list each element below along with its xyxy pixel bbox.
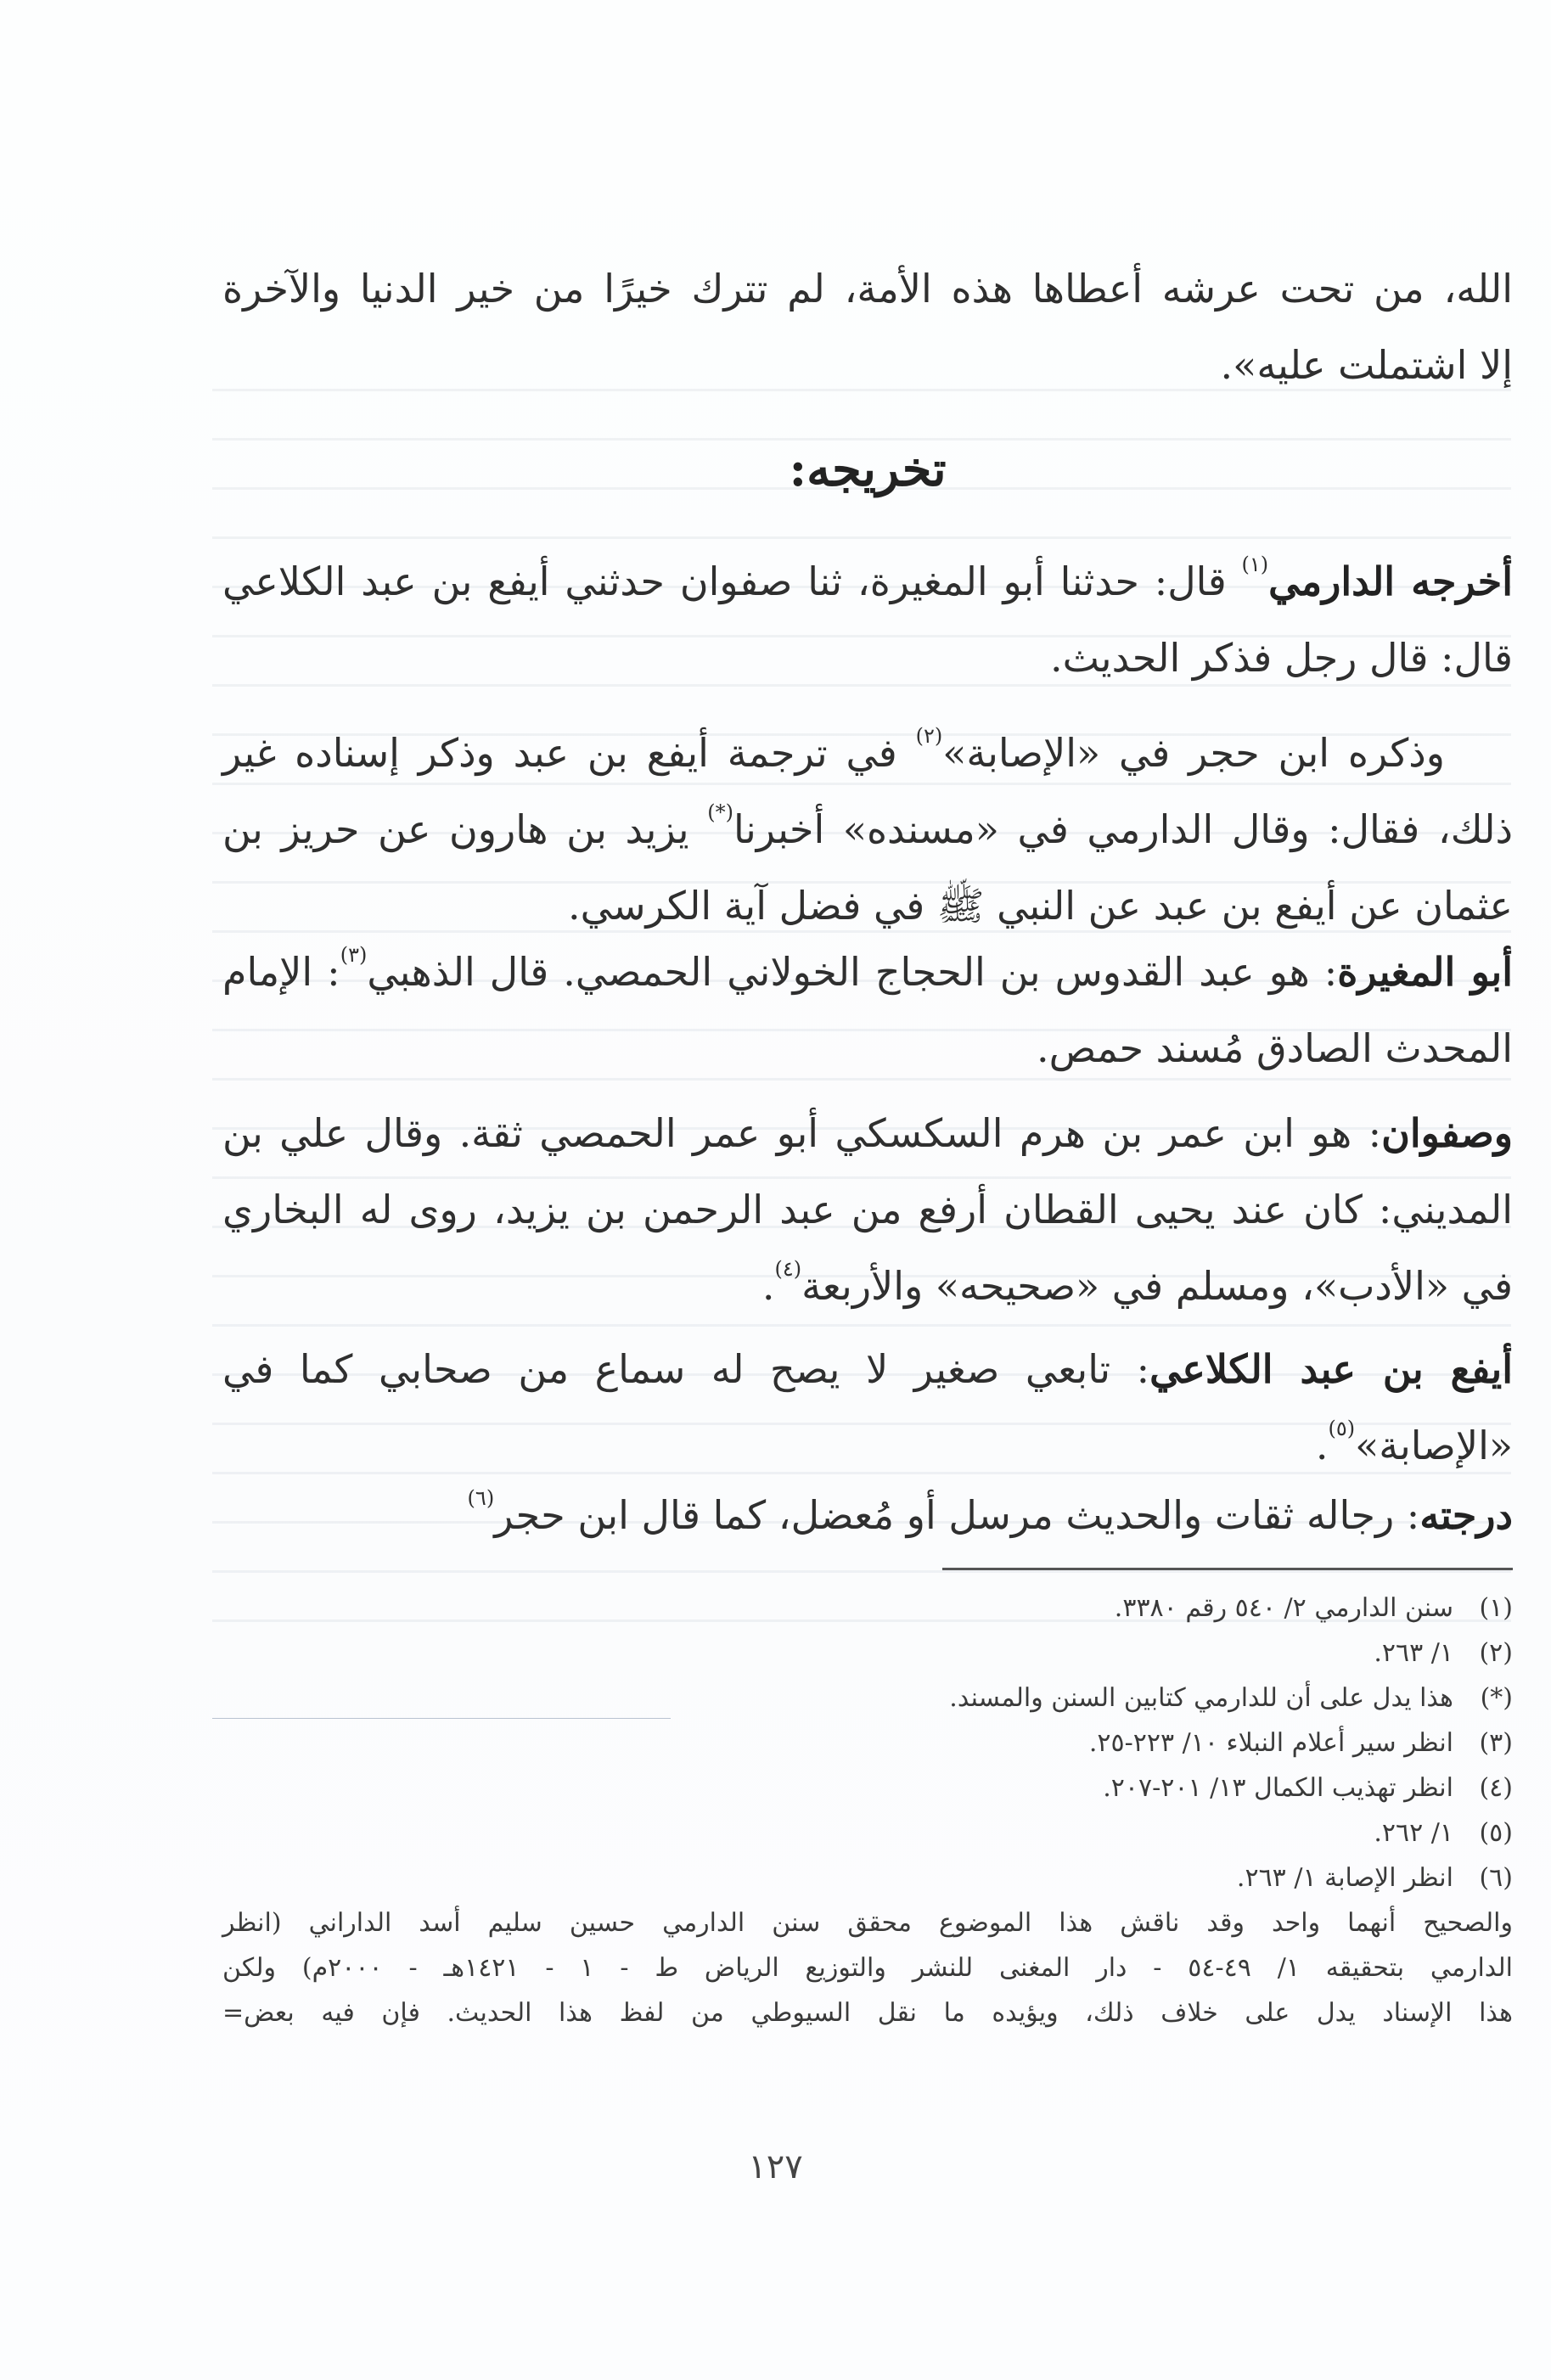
hadith-line-2: إلا اشتملت عليه». xyxy=(222,327,1513,403)
footnote-text: انظر الإصابة ١/ ٢٦٣. xyxy=(222,1855,1453,1900)
footnote-number: (*) xyxy=(1453,1676,1513,1720)
footnote-text: انظر سير أعلام النبلاء ١٠/ ٢٢٣-٢٥. xyxy=(222,1720,1453,1765)
paragraph-text: . xyxy=(762,1263,775,1309)
footnote-number: (١) xyxy=(1453,1586,1513,1631)
paragraph-lead: أخرجه الدارمي xyxy=(1268,559,1513,604)
footnote-4: (٤) انظر تهذيب الكمال ١٣/ ٢٠١-٢٠٧. xyxy=(222,1765,1513,1810)
paragraph-grade: درجته: رجاله ثقات والحديث مرسل أو مُعضل،… xyxy=(222,1477,1513,1553)
paragraph-text: . xyxy=(1316,1423,1329,1468)
footnote-text: هذا يدل على أن للدارمي كتابين السنن والم… xyxy=(222,1676,1453,1720)
paragraph-ayfa: أيفع بن عبد الكلاعي: تابعي صغير لا يصح ل… xyxy=(222,1331,1513,1484)
hadith-continuation: الله، من تحت عرشه أعطاها هذه الأمة، لم ت… xyxy=(222,250,1513,403)
footnote-text: ١/ ٢٦٢. xyxy=(222,1810,1453,1855)
footnote-number: (٦) xyxy=(1453,1855,1513,1900)
paragraph-ibn-hajar: وذكره ابن حجر في «الإصابة»(٢) في ترجمة أ… xyxy=(222,715,1513,944)
footnote-5: (٥) ١/ ٢٦٢. xyxy=(222,1810,1513,1855)
footnote-asterisk: (*) هذا يدل على أن للدارمي كتابين السنن … xyxy=(222,1676,1513,1720)
paragraph-abu-al-mughira: أبو المغيرة: هو عبد القدوس بن الحجاج الخ… xyxy=(222,934,1513,1086)
footnote-ref[interactable]: (٢) xyxy=(916,724,943,748)
paragraph-lead: وصفوان xyxy=(1381,1110,1513,1156)
paragraph-lead: درجته xyxy=(1419,1492,1513,1538)
footnote-text: سنن الدارمي ٢/ ٥٤٠ رقم ٣٣٨٠. xyxy=(222,1586,1453,1631)
section-heading: تخريجه: xyxy=(222,441,1513,497)
footnote-ref[interactable]: (٦) xyxy=(468,1486,495,1510)
footnote-2: (٢) ١/ ٢٦٣. xyxy=(222,1631,1513,1676)
hadith-line-1: الله، من تحت عرشه أعطاها هذه الأمة، لم ت… xyxy=(222,250,1513,327)
footnote-number: (٤) xyxy=(1453,1765,1513,1810)
paragraph-lead: أبو المغيرة xyxy=(1337,949,1513,995)
footnote-ref[interactable]: (*) xyxy=(707,800,733,824)
footnote-separator xyxy=(942,1568,1513,1570)
footnote-continuation-line-3: هذا الإسناد يدل على خلاف ذلك، ويؤيده ما … xyxy=(222,1990,1513,2035)
book-page: الله، من تحت عرشه أعطاها هذه الأمة، لم ت… xyxy=(0,0,1551,2380)
page-number: ١٢٧ xyxy=(0,2147,1551,2186)
footnote-6: (٦) انظر الإصابة ١/ ٢٦٣. xyxy=(222,1855,1513,1900)
paragraph-text: : هو عبد القدوس بن الحجاج الخولاني الحمص… xyxy=(367,949,1337,995)
footnote-1: (١) سنن الدارمي ٢/ ٥٤٠ رقم ٣٣٨٠. xyxy=(222,1586,1513,1631)
footnote-continuation-line-1: والصحيح أنهما واحد وقد ناقش هذا الموضوع … xyxy=(222,1900,1513,1945)
paragraph-text: وذكره ابن حجر في «الإصابة» xyxy=(942,730,1445,776)
footnote-text: انظر تهذيب الكمال ١٣/ ٢٠١-٢٠٧. xyxy=(222,1765,1453,1810)
footnote-ref[interactable]: (٤) xyxy=(775,1257,802,1281)
paragraph-text: : رجاله ثقات والحديث مرسل أو مُعضل، كما … xyxy=(494,1492,1419,1538)
footnote-ref[interactable]: (٣) xyxy=(340,943,368,967)
footnote-text: ١/ ٢٦٣. xyxy=(222,1631,1453,1676)
footnote-number: (٢) xyxy=(1453,1631,1513,1676)
paragraph-lead: أيفع بن عبد الكلاعي xyxy=(1149,1346,1513,1392)
footnote-ref[interactable]: (١) xyxy=(1242,553,1269,576)
paragraph-takhrij: أخرجه الدارمي(١) قال: حدثنا أبو المغيرة،… xyxy=(222,543,1513,696)
footnote-3: (٣) انظر سير أعلام النبلاء ١٠/ ٢٢٣-٢٥. xyxy=(222,1720,1513,1765)
footnote-number: (٥) xyxy=(1453,1810,1513,1855)
paragraph-text: : هو ابن عمر بن هرم السكسكي أبو عمر الحم… xyxy=(222,1110,1513,1309)
footnote-number: (٣) xyxy=(1453,1720,1513,1765)
paragraph-safwan: وصفوان: هو ابن عمر بن هرم السكسكي أبو عم… xyxy=(222,1095,1513,1324)
footnotes: (١) سنن الدارمي ٢/ ٥٤٠ رقم ٣٣٨٠. (٢) ١/ … xyxy=(222,1586,1513,2035)
footnote-continuation-line-2: الدارمي بتحقيقه ١/ ٤٩-٥٤ - دار المغنى لل… xyxy=(222,1945,1513,1990)
footnote-ref[interactable]: (٥) xyxy=(1329,1417,1356,1440)
